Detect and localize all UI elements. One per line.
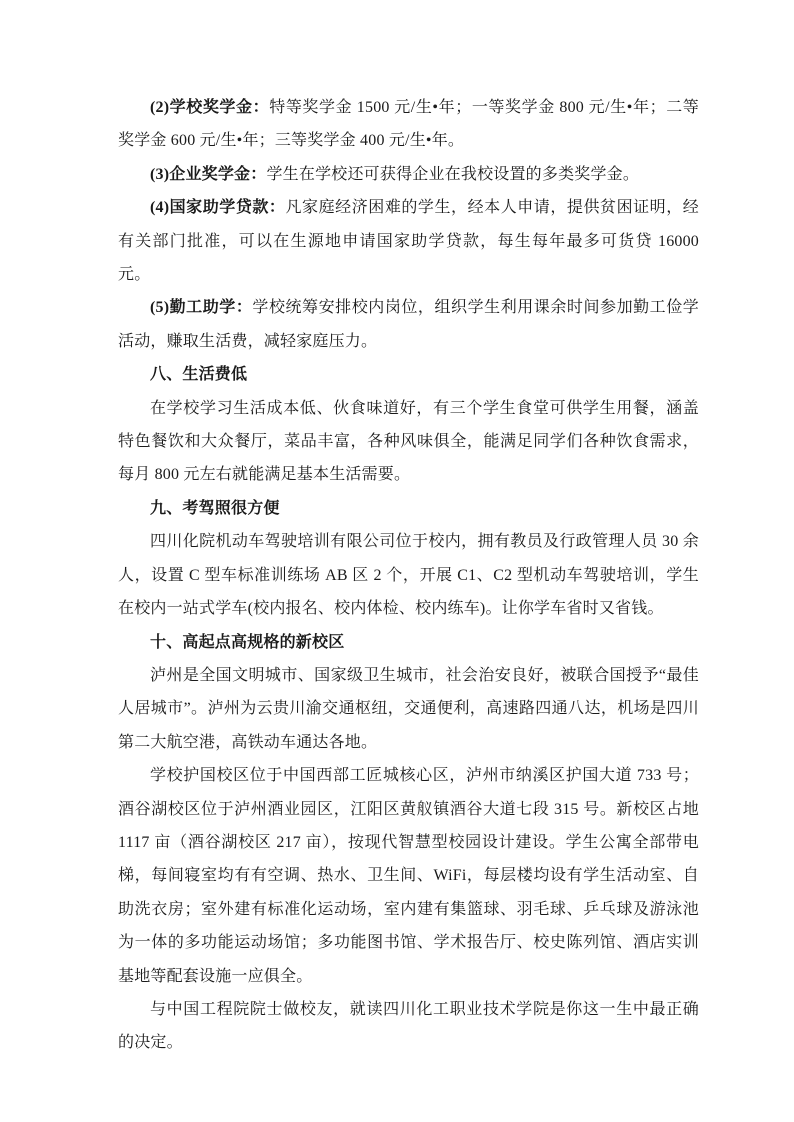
bold-text-run: (2)学校奖学金：	[150, 99, 269, 116]
bold-text-run: 十、高起点高规格的新校区	[150, 634, 344, 651]
paragraph: (2)学校奖学金：特等奖学金 1500 元/生•年；一等奖学金 800 元/生•…	[118, 91, 699, 158]
paragraph: 泸州是全国文明城市、国家级卫生城市，社会治安良好，被联合国授予“最佳人居城市”。…	[118, 659, 699, 759]
paragraph: (4)国家助学贷款：凡家庭经济困难的学生，经本人申请，提供贫困证明，经有关部门批…	[118, 191, 699, 291]
text-run: 与中国工程院院士做校友，就读四川化工职业技术学院是你这一生中最正确的决定。	[118, 1001, 699, 1051]
section-heading: 十、高起点高规格的新校区	[118, 626, 699, 659]
text-run: 学校护国校区位于中国西部工匠城核心区，泸州市纳溪区护国大道 733 号；酒谷湖校…	[118, 767, 699, 984]
paragraph: 在学校学习生活成本低、伙食味道好，有三个学生食堂可供学生用餐，涵盖特色餐饮和大众…	[118, 392, 699, 492]
document-page: (2)学校奖学金：特等奖学金 1500 元/生•年；一等奖学金 800 元/生•…	[0, 0, 794, 1122]
text-run: 在学校学习生活成本低、伙食味道好，有三个学生食堂可供学生用餐，涵盖特色餐饮和大众…	[118, 400, 699, 484]
bold-text-run: 八、生活费低	[150, 366, 247, 383]
section-heading: 九、考驾照很方便	[118, 492, 699, 525]
bold-text-run: (4)国家助学贷款：	[150, 199, 286, 216]
paragraph: (5)勤工助学：学校统筹安排校内岗位，组织学生利用课余时间参加勤工俭学活动，赚取…	[118, 291, 699, 358]
text-run: 四川化院机动车驾驶培训有限公司位于校内，拥有教员及行政管理人员 30 余人，设置…	[118, 533, 699, 617]
bold-text-run: 九、考驾照很方便	[150, 500, 280, 517]
paragraph: 与中国工程院院士做校友，就读四川化工职业技术学院是你这一生中最正确的决定。	[118, 993, 699, 1060]
bold-text-run: (3)企业奖学金：	[150, 166, 266, 183]
bold-text-run: (5)勤工助学：	[150, 299, 252, 316]
section-heading: 八、生活费低	[118, 358, 699, 391]
text-run: 泸州是全国文明城市、国家级卫生城市，社会治安良好，被联合国授予“最佳人居城市”。…	[118, 667, 699, 751]
document-body: (2)学校奖学金：特等奖学金 1500 元/生•年；一等奖学金 800 元/生•…	[118, 91, 699, 1060]
text-run: 学生在学校还可获得企业在我校设置的多类奖学金。	[266, 166, 639, 183]
paragraph: (3)企业奖学金：学生在学校还可获得企业在我校设置的多类奖学金。	[118, 158, 699, 191]
paragraph: 学校护国校区位于中国西部工匠城核心区，泸州市纳溪区护国大道 733 号；酒谷湖校…	[118, 759, 699, 993]
paragraph: 四川化院机动车驾驶培训有限公司位于校内，拥有教员及行政管理人员 30 余人，设置…	[118, 525, 699, 625]
